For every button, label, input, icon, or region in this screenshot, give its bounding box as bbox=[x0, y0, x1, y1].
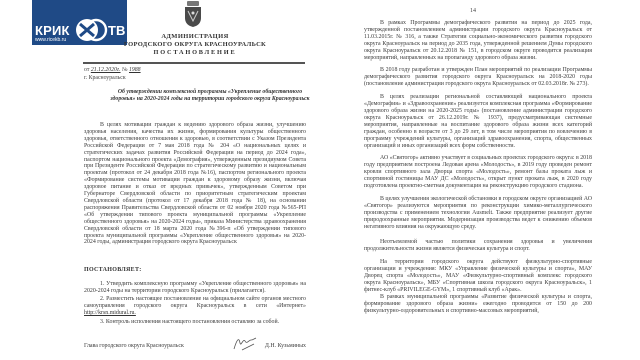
right-paragraph: АО «Святогор» активно участвует в социал… bbox=[364, 155, 592, 190]
resolution-items: 1. Утвердить комплексную программу «Укре… bbox=[84, 281, 306, 327]
preamble-block: В целях мотивации граждан к ведению здор… bbox=[84, 122, 306, 246]
channel-logo: КРИК ТВ www.ricekb.ru bbox=[32, 0, 127, 45]
resolve-heading: ПОСТАНОВЛЯЕТ: bbox=[84, 267, 142, 273]
logo-url: www.ricekb.ru bbox=[35, 37, 66, 43]
resolution-item-1: 1. Утвердить комплексную программу «Укре… bbox=[84, 281, 306, 295]
right-paragraph: В рамках Программы демографического разв… bbox=[364, 20, 592, 61]
left-document-page: КРИК ТВ www.ricekb.ru АДМИНИСТРАЦИЯ ГОРО… bbox=[0, 0, 320, 360]
date-prefix: от bbox=[84, 67, 89, 73]
right-paragraph: Неотъемлемой частью политики сохранения … bbox=[364, 239, 592, 253]
document-header: АДМИНИСТРАЦИЯ ГОРОДСКОГО ОКРУГА КРАСНОУР… bbox=[120, 33, 270, 57]
date-value: 21.12.2020г. bbox=[91, 67, 121, 73]
logo-emblem-icon bbox=[74, 17, 108, 43]
right-page-body: В рамках Программы демографического разв… bbox=[364, 20, 592, 315]
document-subject: Об утверждении комплексной программы «Ук… bbox=[110, 89, 310, 103]
signature-title: Глава городского округа Красноуральск bbox=[84, 343, 184, 349]
right-paragraph: В 2018 году разработан и утвержден План … bbox=[364, 67, 592, 88]
right-paragraph: В рамках муниципальной программы «Развит… bbox=[364, 294, 592, 315]
right-paragraph: На территории городского округа действую… bbox=[364, 259, 592, 294]
site-link[interactable]: http://krsn.midural.ru. bbox=[84, 310, 136, 316]
document-city: г. Красноуральск bbox=[84, 75, 126, 81]
number-value: 1988 bbox=[129, 67, 141, 73]
preamble-paragraph: В целях мотивации граждан к ведению здор… bbox=[84, 122, 306, 246]
page-number: 14 bbox=[470, 8, 476, 14]
resolution-item-3: 3. Контроль исполнения настоящего постан… bbox=[84, 319, 306, 326]
header-divider bbox=[83, 62, 305, 64]
signature-name: Д.Н. Кузьминых bbox=[265, 343, 306, 349]
header-line-1: АДМИНИСТРАЦИЯ bbox=[120, 33, 270, 41]
coat-of-arms-icon bbox=[184, 1, 202, 27]
right-paragraph: В целях реализации региональной составля… bbox=[364, 94, 592, 149]
handwritten-signature-icon bbox=[232, 335, 258, 351]
right-paragraph: В целях улучшения экологической обстанов… bbox=[364, 196, 592, 231]
number-prefix: № bbox=[122, 67, 128, 73]
header-line-2: ГОРОДСКОГО ОКРУГА КРАСНОУРАЛЬСК bbox=[120, 41, 270, 49]
header-line-3: ПОСТАНОВЛЕНИЕ bbox=[120, 49, 270, 57]
document-date-line: от 21.12.2020г. № 1988 bbox=[84, 67, 141, 73]
logo-name: КРИК bbox=[35, 23, 70, 38]
resolution-item-2-text: 2. Разместить настоящее постановление на… bbox=[84, 296, 306, 309]
resolution-item-2: 2. Разместить настоящее постановление на… bbox=[84, 296, 306, 317]
